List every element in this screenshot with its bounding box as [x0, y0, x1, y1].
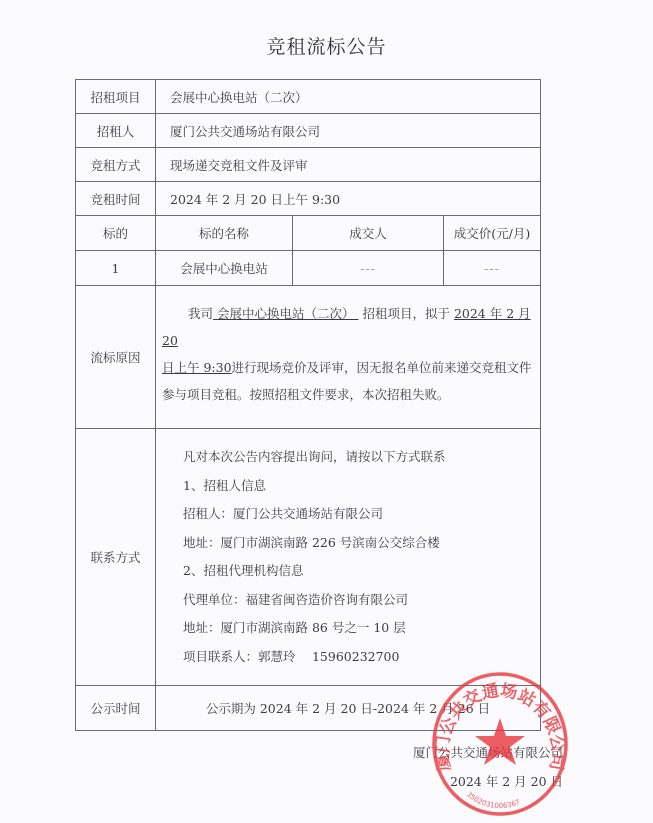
method-value: 现场递交竞租文件及评审: [156, 148, 541, 182]
contact-line: 地址：厦门市湖滨南路 86 号之一 10 层: [183, 614, 540, 643]
lot-winner: ---: [293, 251, 444, 286]
header-lot-name: 标的名称: [156, 216, 293, 251]
row-project: 招租项目 会展中心换电站（二次）: [76, 80, 541, 114]
notice-period-label: 公示时间: [76, 686, 156, 731]
contact-label: 联系方式: [76, 429, 156, 686]
header-price: 成交价(元/月): [444, 216, 541, 251]
notice-period-value: 公示期为 2024 年 2 月 20 日-2024 年 2 月 26 日: [156, 686, 541, 731]
row-failure-reason: 流标原因 我司 会展中心换电站（二次） 招租项目，拟于 2024 年 2 月 2…: [76, 286, 541, 429]
contact-line: 招租人：厦门公共交通场站有限公司: [183, 500, 540, 529]
time-label: 竞租时间: [76, 182, 156, 216]
footer-organization: 厦门公共交通场站有限公司: [413, 743, 563, 761]
project-label: 招租项目: [76, 80, 156, 114]
failure-reason-label: 流标原因: [76, 286, 156, 429]
method-label: 竞租方式: [76, 148, 156, 182]
contact-line: 2、招租代理机构信息: [183, 557, 540, 586]
svg-text:3502031006367: 3502031006367: [465, 790, 521, 810]
contact-line: 凡对本次公告内容提出询问，请按以下方式联系: [183, 443, 540, 472]
row-notice-period: 公示时间 公示期为 2024 年 2 月 20 日-2024 年 2 月 26 …: [76, 686, 541, 731]
lessor-value: 厦门公共交通场站有限公司: [156, 114, 541, 148]
contact-line: 1、招租人信息: [183, 472, 540, 501]
header-winner: 成交人: [293, 216, 444, 251]
contact-line: 地址：厦门市湖滨南路 226 号滨南公交综合楼: [183, 529, 540, 558]
project-value: 会展中心换电站（二次）: [156, 80, 541, 114]
page-title: 竞租流标公告: [0, 32, 653, 59]
time-value: 2024 年 2 月 20 日上午 9:30: [156, 182, 541, 216]
contact-details: 凡对本次公告内容提出询问，请按以下方式联系 1、招租人信息 招租人：厦门公共交通…: [156, 429, 541, 686]
row-method: 竞租方式 现场递交竞租文件及评审: [76, 148, 541, 182]
header-lot: 标的: [76, 216, 156, 251]
lot-header-row: 标的 标的名称 成交人 成交价(元/月): [76, 216, 541, 251]
footer-date: 2024 年 2 月 20 日: [450, 772, 563, 790]
contact-line: 项目联系人：郭慧玲 15960232700: [183, 643, 540, 672]
notice-table: 招租项目 会展中心换电站（二次） 招租人 厦门公共交通场站有限公司 竞租方式 现…: [75, 79, 541, 731]
row-contact: 联系方式 凡对本次公告内容提出询问，请按以下方式联系 1、招租人信息 招租人：厦…: [76, 429, 541, 686]
lot-price: ---: [444, 251, 541, 286]
table-row: 1 会展中心换电站 --- ---: [76, 251, 541, 286]
failure-reason-text: 我司 会展中心换电站（二次） 招租项目，拟于 2024 年 2 月 20日上午 …: [156, 286, 541, 429]
lot-name: 会展中心换电站: [156, 251, 293, 286]
row-lessor: 招租人 厦门公共交通场站有限公司: [76, 114, 541, 148]
lessor-label: 招租人: [76, 114, 156, 148]
lot-no: 1: [76, 251, 156, 286]
row-time: 竞租时间 2024 年 2 月 20 日上午 9:30: [76, 182, 541, 216]
contact-line: 代理单位：福建省闽咨造价咨询有限公司: [183, 586, 540, 615]
